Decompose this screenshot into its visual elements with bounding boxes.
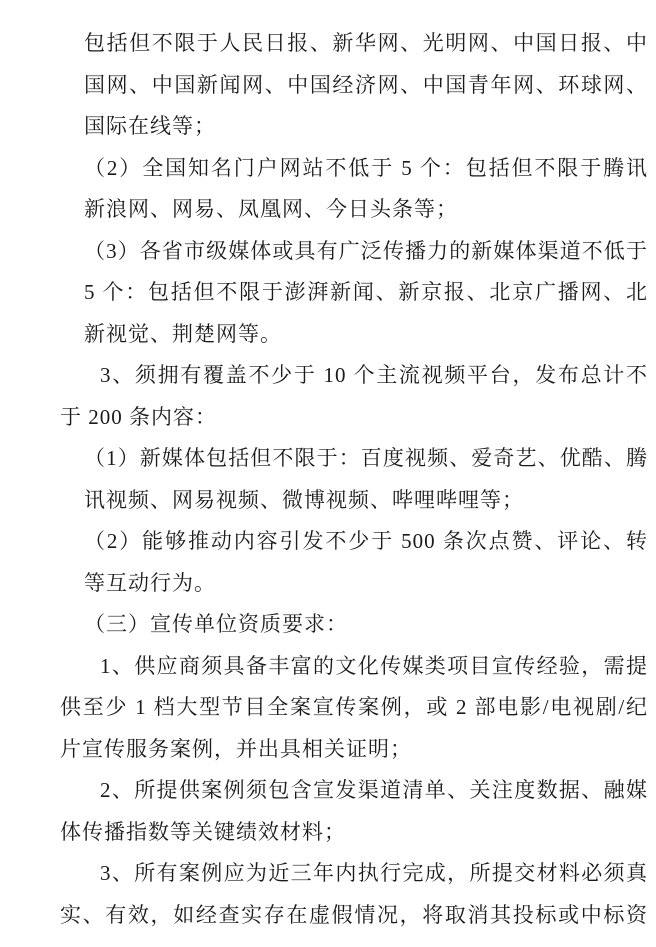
- text-line: （2）能够推动内容引发不少于 500 条次点赞、评论、转发: [60, 521, 648, 563]
- paragraph-portal-sites: （2）全国知名门户网站不低于 5 个：包括但不限于腾讯网、 新浪网、网易、凤凰网…: [60, 148, 648, 231]
- text-line: 讯视频、网易视频、微博视频、哔哩哔哩等；: [60, 480, 648, 522]
- text-line: 包括但不限于人民日报、新华网、光明网、中国日报、中: [60, 23, 648, 65]
- paragraph-provincial-media: （3）各省市级媒体或具有广泛传播力的新媒体渠道不低于 5 个：包括但不限于澎湃新…: [60, 231, 648, 356]
- text-line: （三）宣传单位资质要求：: [60, 604, 648, 646]
- text-line: （1）新媒体包括但不限于：百度视频、爱奇艺、优酷、腾: [60, 438, 648, 480]
- text-line: 国网、中国新闻网、中国经济网、中国青年网、环球网、: [60, 65, 648, 107]
- text-line: （3）各省市级媒体或具有广泛传播力的新媒体渠道不低于: [60, 231, 648, 273]
- text-line: 体传播指数等关键绩效材料；: [60, 812, 648, 854]
- text-line: 片宣传服务案例，并出具相关证明；: [60, 729, 648, 771]
- paragraph-engagement: （2）能够推动内容引发不少于 500 条次点赞、评论、转发 等互动行为。: [60, 521, 648, 604]
- text-line: 于 200 条内容：: [60, 397, 648, 439]
- paragraph-case-validity: 3、所有案例应为近三年内执行完成，所提交材料必须真 实、有效，如经查实存在虚假情…: [60, 853, 648, 936]
- text-line: 2、所提供案例须包含宣发渠道清单、关注度数据、融媒: [60, 770, 648, 812]
- paragraph-central-media-continued: 包括但不限于人民日报、新华网、光明网、中国日报、中 国网、中国新闻网、中国经济网…: [60, 23, 648, 148]
- heading-qualification-requirements: （三）宣传单位资质要求：: [60, 604, 648, 646]
- text-line: 3、须拥有覆盖不少于 10 个主流视频平台，发布总计不低: [60, 355, 648, 397]
- paragraph-supplier-experience: 1、供应商须具备丰富的文化传媒类项目宣传经验，需提 供至少 1 档大型节目全案宣…: [60, 646, 648, 771]
- paragraph-new-media-list: （1）新媒体包括但不限于：百度视频、爱奇艺、优酷、腾 讯视频、网易视频、微博视频…: [60, 438, 648, 521]
- text-line: 国际在线等；: [60, 106, 648, 148]
- text-line: 5 个：包括但不限于澎湃新闻、新京报、北京广播网、北晚: [60, 272, 648, 314]
- text-line: 1、供应商须具备丰富的文化传媒类项目宣传经验，需提: [60, 646, 648, 688]
- text-line: 实、有效，如经查实存在虚假情况，将取消其投标或中标资格。: [60, 895, 648, 937]
- paragraph-video-platforms: 3、须拥有覆盖不少于 10 个主流视频平台，发布总计不低 于 200 条内容：: [60, 355, 648, 438]
- text-line: 3、所有案例应为近三年内执行完成，所提交材料必须真: [60, 853, 648, 895]
- text-line: 等互动行为。: [60, 563, 648, 605]
- paragraph-case-materials: 2、所提供案例须包含宣发渠道清单、关注度数据、融媒 体传播指数等关键绩效材料；: [60, 770, 648, 853]
- text-line: 新浪网、网易、凤凰网、今日头条等；: [60, 189, 648, 231]
- document-page: 包括但不限于人民日报、新华网、光明网、中国日报、中 国网、中国新闻网、中国经济网…: [0, 0, 656, 947]
- text-line: （2）全国知名门户网站不低于 5 个：包括但不限于腾讯网、: [60, 148, 648, 190]
- text-line: 供至少 1 档大型节目全案宣传案例，或 2 部电影/电视剧/纪录: [60, 687, 648, 729]
- text-line: 新视觉、荆楚网等。: [60, 314, 648, 356]
